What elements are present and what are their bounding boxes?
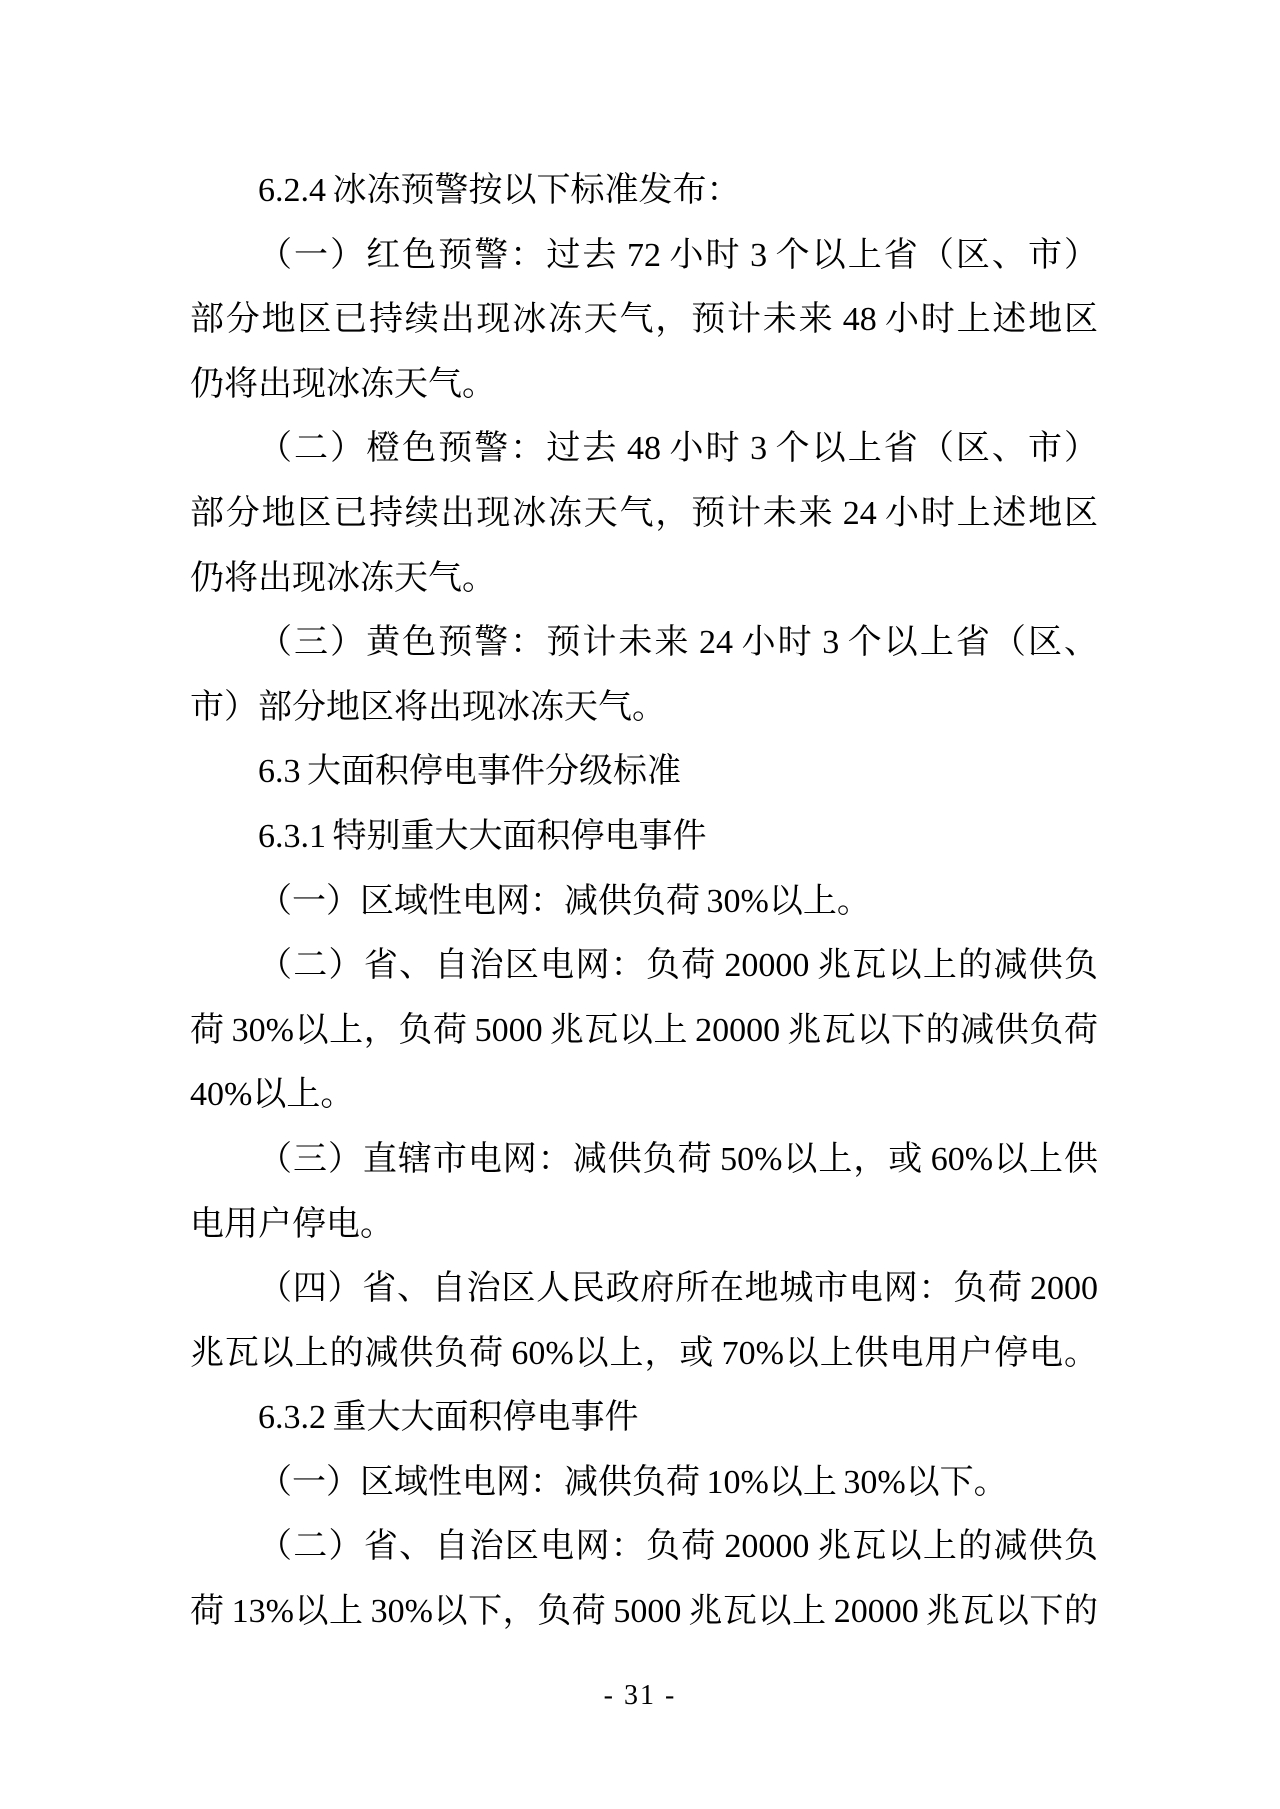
page-footer: - 31 - — [0, 1680, 1280, 1712]
text-line: （二）省、自治区电网：负荷 20000 兆瓦以上的减供负 — [190, 934, 1098, 999]
text-line: 6.2.4 冰冻预警按以下标准发布： — [190, 159, 1098, 224]
text-line: 部分地区已持续出现冰冻天气，预计未来 24 小时上述地区 — [190, 482, 1098, 547]
page-number: - 31 - — [604, 1680, 677, 1711]
text-line: 仍将出现冰冻天气。 — [190, 547, 1098, 612]
text-line: 部分地区已持续出现冰冻天气，预计未来 48 小时上述地区 — [190, 288, 1098, 353]
text-line: 荷 13%以上 30%以下，负荷 5000 兆瓦以上 20000 兆瓦以下的 — [190, 1580, 1098, 1645]
document-body: 6.2.4 冰冻预警按以下标准发布：（一）红色预警：过去 72 小时 3 个以上… — [190, 159, 1098, 1645]
text-line: （一）红色预警：过去 72 小时 3 个以上省（区、市） — [190, 224, 1098, 289]
text-line: （二）省、自治区电网：负荷 20000 兆瓦以上的减供负 — [190, 1515, 1098, 1580]
text-line: 仍将出现冰冻天气。 — [190, 353, 1098, 418]
text-line: 6.3.2 重大大面积停电事件 — [190, 1386, 1098, 1451]
text-line: （三）黄色预警：预计未来 24 小时 3 个以上省（区、 — [190, 611, 1098, 676]
text-line: （一）区域性电网：减供负荷 30%以上。 — [190, 870, 1098, 935]
document-page: { "page": { "background_color": "#ffffff… — [0, 0, 1280, 1809]
text-line: 兆瓦以上的减供负荷 60%以上，或 70%以上供电用户停电。 — [190, 1322, 1098, 1387]
text-line: 40%以上。 — [190, 1063, 1098, 1128]
text-line: （三）直辖市电网：减供负荷 50%以上，或 60%以上供 — [190, 1128, 1098, 1193]
text-line: 电用户停电。 — [190, 1193, 1098, 1258]
text-line: （二）橙色预警：过去 48 小时 3 个以上省（区、市） — [190, 417, 1098, 482]
text-line: 6.3 大面积停电事件分级标准 — [190, 740, 1098, 805]
text-line: 荷 30%以上，负荷 5000 兆瓦以上 20000 兆瓦以下的减供负荷 — [190, 999, 1098, 1064]
text-line: 市）部分地区将出现冰冻天气。 — [190, 676, 1098, 741]
text-line: （一）区域性电网：减供负荷 10%以上 30%以下。 — [190, 1451, 1098, 1516]
text-line: 6.3.1 特别重大大面积停电事件 — [190, 805, 1098, 870]
text-line: （四）省、自治区人民政府所在地城市电网：负荷 2000 — [190, 1257, 1098, 1322]
